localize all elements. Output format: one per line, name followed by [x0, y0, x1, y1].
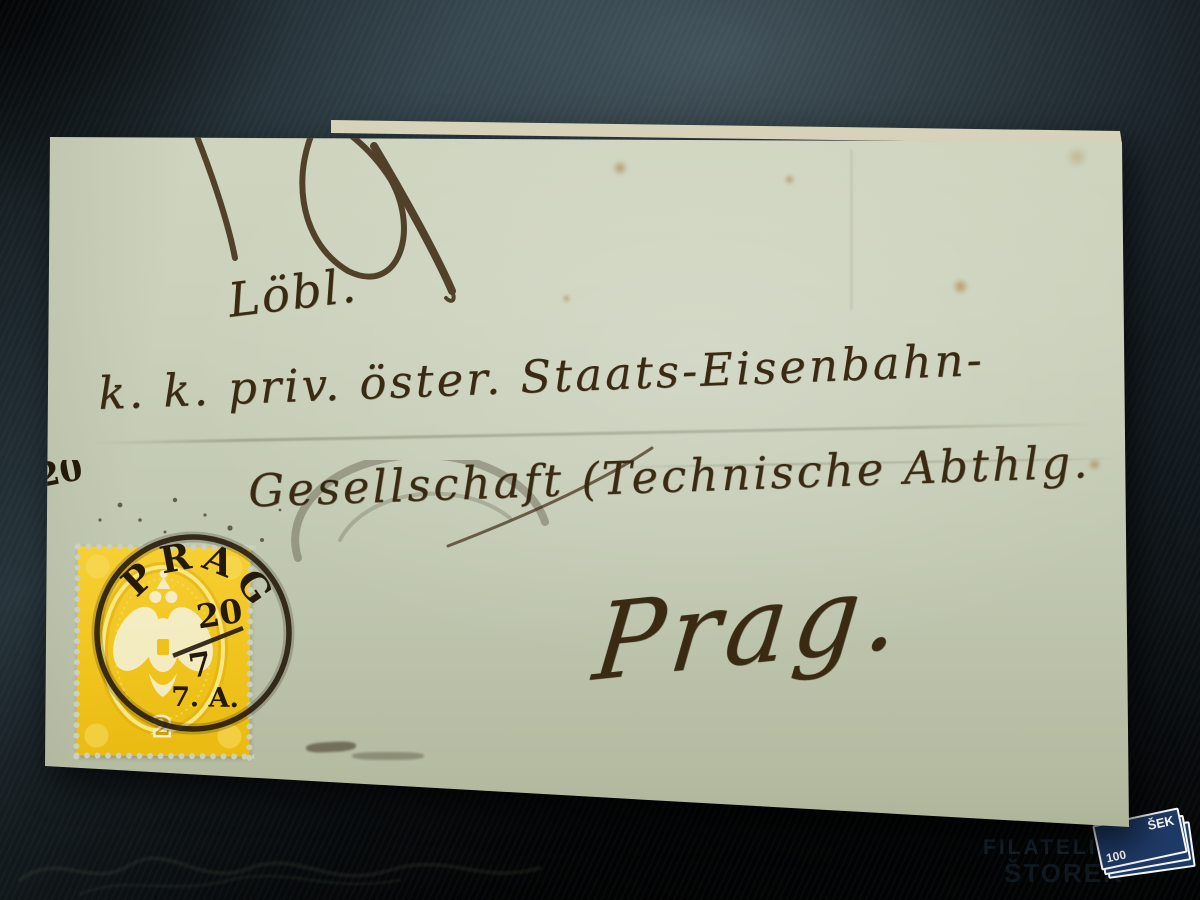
address-line-company2: Gesellschaft (Technische Abthlg. — [247, 435, 1091, 517]
horizontal-crease — [600, 457, 1120, 468]
vertical-crease — [850, 150, 853, 310]
address-line-salutation: Löbl. — [225, 258, 360, 328]
foxing-spot — [1066, 146, 1088, 168]
address-line-city: Prag. — [588, 549, 911, 706]
prag-postmark: PRAG 20 20 20 7 7. A. — [40, 460, 600, 790]
postmark-time: 7. A. — [171, 682, 239, 714]
folded-letter-cover: Löbl. k. k. priv. öster. Staats-Eisenbah… — [0, 0, 1200, 900]
ink-smudge — [306, 741, 356, 754]
svg-text:PRAG: PRAG — [109, 523, 292, 622]
address-line-company1: k. k. priv. öster. Staats-Eisenbahn- — [97, 333, 985, 420]
horizontal-crease — [92, 422, 1102, 444]
postmark-date-day: 20 — [194, 591, 245, 637]
foxing-spot — [562, 294, 571, 303]
foxing-spot — [952, 278, 969, 295]
perforation-left — [72, 541, 82, 760]
postmark-date-month: 7 — [186, 644, 215, 686]
foxing-spot — [784, 174, 795, 185]
stamp-value: 2 — [154, 712, 171, 741]
ink-smudge — [352, 752, 424, 760]
foxing-spot — [612, 160, 628, 176]
postmark-day: 20 — [40, 460, 86, 495]
perforation-right — [245, 543, 255, 762]
postmark-town: PRAG — [109, 523, 292, 622]
stamp-eagle-art: 2 — [76, 546, 250, 756]
foxing-spot — [1088, 458, 1101, 471]
postage-stamp-2kr-yellow: 2 — [76, 546, 250, 756]
photo-scene: FILATELIE ŠTOREK ŠEK 100 — [0, 0, 1200, 900]
